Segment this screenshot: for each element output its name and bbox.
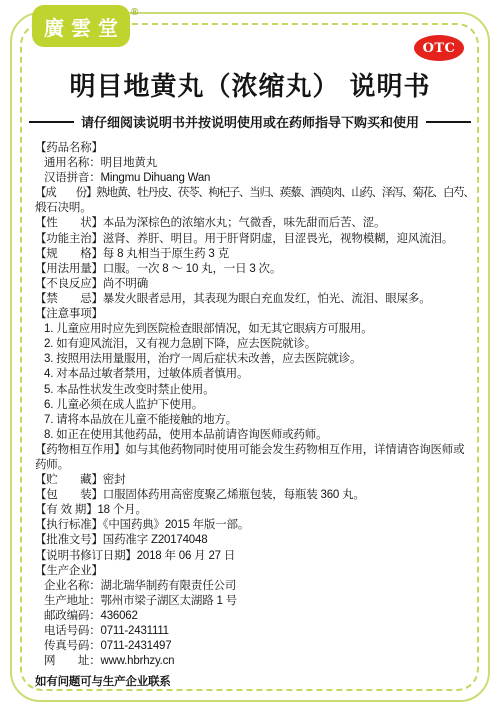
indications-line: 【功能主治】滋肾、养肝、明目。用于肝肾阴虚，目涩畏光，视物模糊，迎风流泪。 <box>35 232 473 247</box>
pinyin-line: 汉语拼音：Mingmu Dihuang Wan <box>35 171 473 186</box>
manufacturer-label: 【生产企业】 <box>35 564 473 579</box>
registered-trademark-icon: ® <box>131 7 138 18</box>
adverse-reactions-line: 【不良反应】尚不明确 <box>35 277 473 292</box>
otc-badge: OTC <box>415 36 463 60</box>
precaution-item-8: 8. 如正在使用其他药品，使用本品前请咨询医师或药师。 <box>35 428 473 443</box>
contact-note-line: 如有问题可与生产企业联系 <box>35 675 473 690</box>
phone-line: 电话号码：0711-2431111 <box>35 624 473 639</box>
leaflet-body: 【药品名称】 通用名称：明目地黄丸 汉语拼音：Mingmu Dihuang Wa… <box>35 141 473 690</box>
brand-logo: 廣雲堂 <box>32 5 130 47</box>
standard-line: 【执行标准】《中国药典》2015 年版一部。 <box>35 518 473 533</box>
precaution-item-1: 1. 儿童应用时应先到医院检查眼部情况，如无其它眼病方可服用。 <box>35 322 473 337</box>
leaflet-page: { "brand": { "logo_text": "廣雲堂", "regist… <box>0 0 500 715</box>
dosage-line: 【用法用量】口服。一次 8 ～ 10 丸，一日 3 次。 <box>35 262 473 277</box>
precaution-item-7: 7. 请将本品放在儿童不能接触的地方。 <box>35 413 473 428</box>
revision-date-line: 【说明书修订日期】2018 年 06 月 27 日 <box>35 549 473 564</box>
subtitle-text: 请仔细阅读说明书并按说明使用或在药师指导下购买和使用 <box>81 112 419 131</box>
postcode-line: 邮政编码：436062 <box>35 609 473 624</box>
storage-line: 【贮 藏】密封 <box>35 473 473 488</box>
section-label-drug-name: 【药品名称】 <box>35 141 473 156</box>
otc-badge-label: OTC <box>423 41 456 56</box>
precaution-item-5: 5. 本品性状发生改变时禁止使用。 <box>35 383 473 398</box>
drug-interactions-line-2: 药师。 <box>35 458 473 473</box>
precaution-item-6: 6. 儿童必须在成人监护下使用。 <box>35 398 473 413</box>
address-line: 生产地址：鄂州市梁子湖区太湖路 1 号 <box>35 594 473 609</box>
generic-name-line: 通用名称：明目地黄丸 <box>35 156 473 171</box>
shelf-life-line: 【有 效 期】18 个月。 <box>35 503 473 518</box>
precaution-item-3: 3. 按照用法用量服用，治疗一周后症状未改善，应去医院就诊。 <box>35 352 473 367</box>
brand-logo-text: 廣雲堂 <box>44 12 125 41</box>
drug-interactions-line-1: 【药物相互作用】如与其他药物同时使用可能会发生药物相互作用，详情请咨询医师或 <box>35 443 473 458</box>
leaflet-subtitle: 请仔细阅读说明书并按说明使用或在药师指导下购买和使用 <box>0 112 500 131</box>
precaution-item-2: 2. 如有迎风流泪，又有视力急剧下降，应去医院就诊。 <box>35 337 473 352</box>
subtitle-right-rule <box>426 121 471 123</box>
ingredients-line-1: 【成 份】熟地黄、牡丹皮、茯苓、枸杞子、当归、蒺藜、酒萸肉、山药、泽泻、菊花、白… <box>35 186 473 201</box>
company-name-line: 企业名称：湖北瑞华制药有限责任公司 <box>35 579 473 594</box>
fax-line: 传真号码：0711-2431497 <box>35 639 473 654</box>
approval-number-line: 【批准文号】国药准字 Z20174048 <box>35 533 473 548</box>
precautions-label: 【注意事项】 <box>35 307 473 322</box>
precaution-item-4: 4. 对本品过敏者禁用，过敏体质者慎用。 <box>35 367 473 382</box>
leaflet-title: 明目地黄丸（浓缩丸） 说明书 <box>0 66 500 103</box>
subtitle-left-rule <box>29 121 74 123</box>
website-line: 网 址：www.hbrhzy.cn <box>35 654 473 669</box>
specification-line: 【规 格】每 8 丸相当于原生药 3 克 <box>35 247 473 262</box>
contraindications-line: 【禁 忌】暴发火眼者忌用，其表现为眼白充血发红，怕光、流泪、眼屎多。 <box>35 292 473 307</box>
ingredients-line-2: 煅石决明。 <box>35 201 473 216</box>
description-line: 【性 状】本品为深棕色的浓缩水丸；气微香，味先甜而后苦、涩。 <box>35 216 473 231</box>
packaging-line: 【包 装】口服固体药用高密度聚乙烯瓶包装，每瓶装 360 丸。 <box>35 488 473 503</box>
